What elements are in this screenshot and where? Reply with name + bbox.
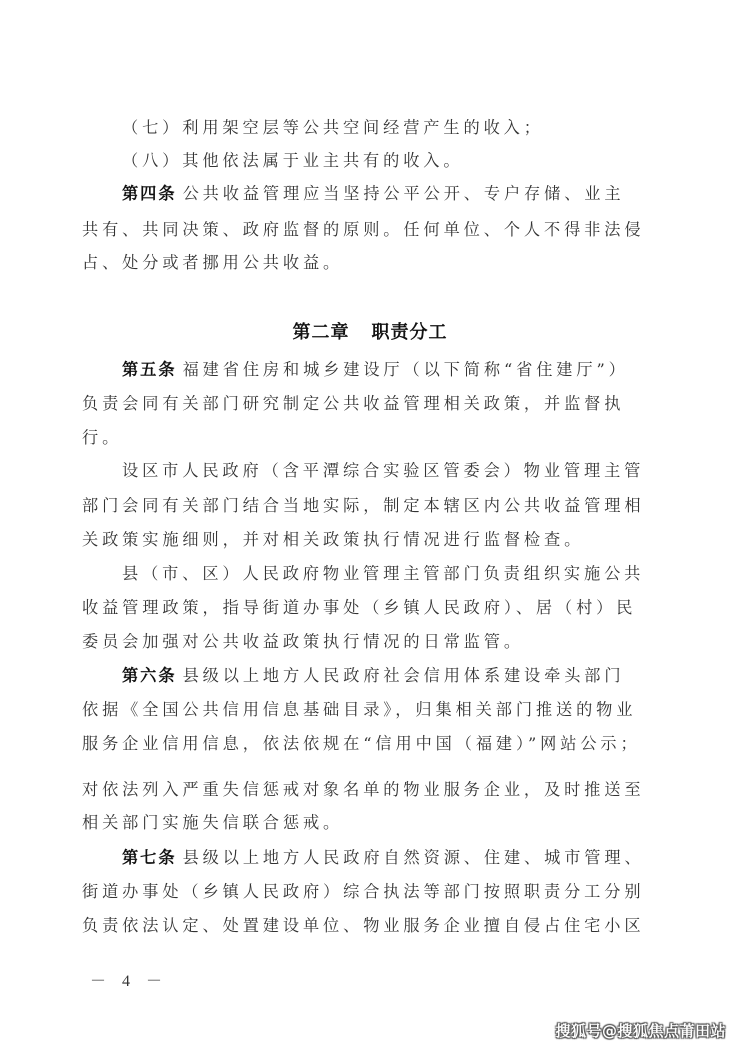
line-text: 委员会加强对公共收益政策执行情况的日常监管。	[82, 632, 524, 651]
article-5: 第五条福建省住房和城乡建设厅（以下简称“省住建厅”）	[122, 353, 692, 387]
line-text: 县级以上地方人民政府社会信用体系建设牵头部门	[183, 666, 625, 685]
line-text: 县级以上地方人民政府自然资源、住建、城市管理、	[183, 848, 645, 867]
line-text: （八）其他依法属于业主共有的收入。	[122, 151, 464, 170]
list-item-8: （八）其他依法属于业主共有的收入。	[122, 144, 692, 178]
article-4-line-2: 共有、共同决策、政府监督的原则。任何单位、个人不得非法侵	[82, 213, 652, 247]
document-page: （七）利用架空层等公共空间经营产生的收入； （八）其他依法属于业主共有的收入。 …	[0, 0, 740, 1046]
line-text: 相关部门实施失信联合惩戒。	[82, 813, 343, 832]
article-5-line-2: 负责会同有关部门研究制定公共收益管理相关政策，并监督执	[82, 387, 652, 421]
article-7: 第七条县级以上地方人民政府自然资源、住建、城市管理、	[122, 841, 692, 875]
article-6-line-5: 相关部门实施失信联合惩戒。	[82, 806, 652, 840]
article-4-line-3: 占、处分或者挪用公共收益。	[82, 246, 652, 280]
article-7-line-3: 负责依法认定、处置建设单位、物业服务企业擅自侵占住宅小区	[82, 909, 652, 943]
article-5-para-2-line-3: 关政策实施细则，并对相关政策执行情况进行监督检查。	[82, 523, 652, 557]
page-number: － 4 －	[90, 970, 168, 994]
article-5-line-3: 行。	[82, 421, 652, 455]
line-text: （七）利用架空层等公共空间经营产生的收入；	[122, 118, 544, 137]
chapter-number: 第二章	[293, 322, 350, 343]
article-label: 第四条	[122, 184, 177, 203]
line-text: 依据《全国公共信用信息基础目录》，归集相关部门推送的物业	[82, 700, 636, 719]
article-5-para-2-line-2: 部门会同有关部门结合当地实际，制定本辖区内公共收益管理相	[82, 489, 652, 523]
list-item-7: （七）利用架空层等公共空间经营产生的收入；	[122, 111, 692, 145]
line-text: 占、处分或者挪用公共收益。	[82, 253, 343, 272]
article-6: 第六条县级以上地方人民政府社会信用体系建设牵头部门	[122, 659, 692, 693]
line-text: 服务企业信用信息，依法依规在“信用中国（福建）”网站公示；	[82, 734, 641, 753]
line-text: 关政策实施细则，并对相关政策执行情况进行监督检查。	[82, 530, 584, 549]
line-text: 街道办事处（乡镇人民政府）综合执法等部门按照职责分工分别	[82, 882, 644, 901]
line-text: 收益管理政策，指导街道办事处（乡镇人民政府）、居（村）民	[82, 598, 636, 617]
line-text: 共有、共同决策、政府监督的原则。任何单位、个人不得非法侵	[82, 220, 644, 239]
chapter-title: 职责分工	[372, 322, 448, 343]
article-6-line-3: 服务企业信用信息，依法依规在“信用中国（福建）”网站公示；	[82, 727, 652, 761]
line-text: 部门会同有关部门结合当地实际，制定本辖区内公共收益管理相	[82, 496, 644, 515]
article-5-para-3-line-3: 委员会加强对公共收益政策执行情况的日常监管。	[82, 625, 652, 659]
line-text: 负责依法认定、处置建设单位、物业服务企业擅自侵占住宅小区	[82, 916, 644, 935]
article-5-para-3-line-2: 收益管理政策，指导街道办事处（乡镇人民政府）、居（村）民	[82, 591, 652, 625]
article-5-para-2: 设区市人民政府（含平潭综合实验区管委会）物业管理主管	[122, 454, 692, 488]
article-4: 第四条公共收益管理应当坚持公平公开、专户存储、业主	[122, 177, 692, 211]
line-text: 设区市人民政府（含平潭综合实验区管委会）物业管理主管	[122, 461, 644, 480]
article-6-line-2: 依据《全国公共信用信息基础目录》，归集相关部门推送的物业	[82, 693, 652, 727]
article-6-line-4: 对依法列入严重失信惩戒对象名单的物业服务企业，及时推送至	[82, 773, 652, 807]
article-7-line-2: 街道办事处（乡镇人民政府）综合执法等部门按照职责分工分别	[82, 875, 652, 909]
watermark: 搜狐号@搜狐焦点莆田站	[555, 1020, 726, 1041]
line-text: 行。	[82, 428, 122, 447]
article-label: 第五条	[122, 360, 177, 379]
line-text: 对依法列入严重失信惩戒对象名单的物业服务企业，及时推送至	[82, 780, 644, 799]
line-text: 公共收益管理应当坚持公平公开、专户存储、业主	[183, 184, 625, 203]
line-text: 负责会同有关部门研究制定公共收益管理相关政策，并监督执	[82, 394, 624, 413]
article-label: 第六条	[122, 666, 177, 685]
line-text: 福建省住房和城乡建设厅（以下简称“省住建厅”）	[183, 360, 629, 379]
chapter-heading: 第二章职责分工	[0, 316, 740, 350]
article-5-para-3: 县（市、区）人民政府物业管理主管部门负责组织实施公共	[122, 557, 692, 591]
article-label: 第七条	[122, 848, 177, 867]
line-text: 县（市、区）人民政府物业管理主管部门负责组织实施公共	[122, 564, 644, 583]
